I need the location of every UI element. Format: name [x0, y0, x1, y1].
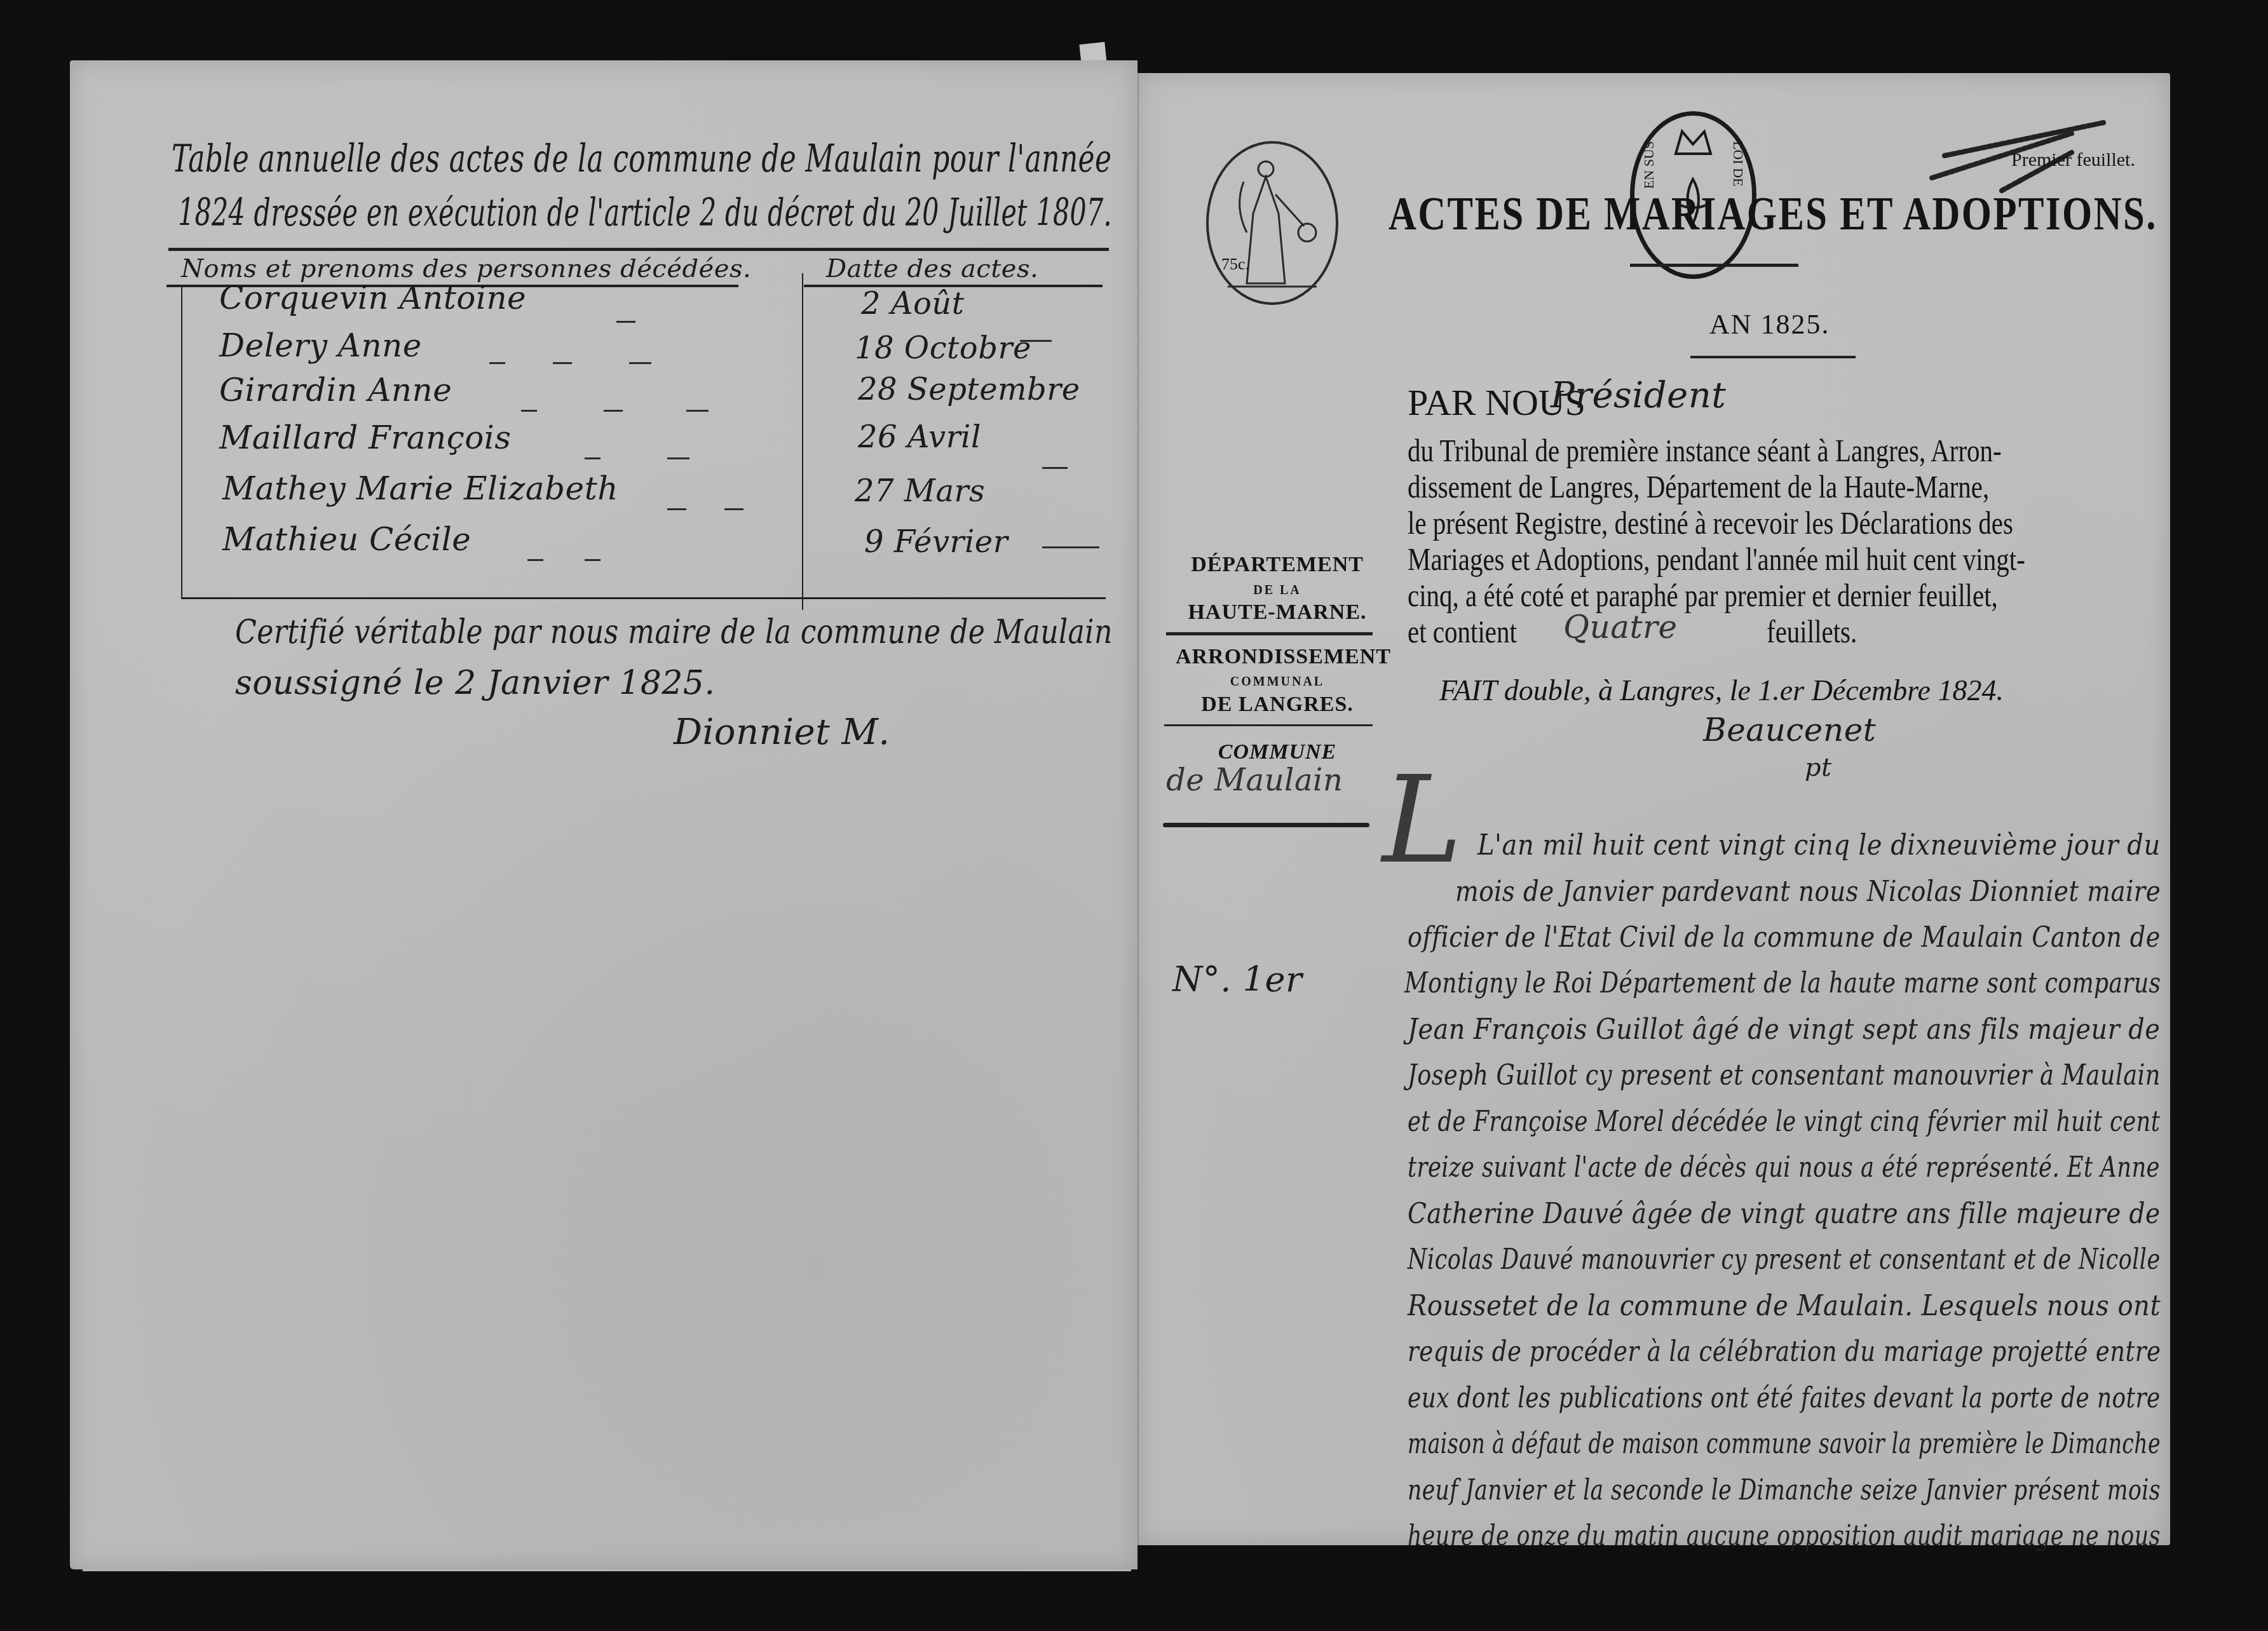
- table-left-border: [181, 287, 182, 599]
- contient-suffix: feuillets.: [1767, 613, 1857, 650]
- margin-de-la: DE LA: [1176, 583, 1379, 598]
- leader-dash: [616, 321, 635, 323]
- table-row-date: 26 Avril: [858, 419, 981, 455]
- act-line: neuf Janvier et la seconde le Dimanche s…: [1408, 1474, 2161, 1506]
- table-top-rule: [168, 248, 1109, 251]
- act-line: requis de procéder à la célébration du m…: [1408, 1336, 2161, 1368]
- act-line: eux dont les publications ont été faites…: [1408, 1382, 2161, 1414]
- mayor-signature: Dionniet M.: [674, 712, 890, 753]
- leader-dash: [629, 362, 651, 364]
- table-row-date: 9 Février: [864, 524, 1008, 560]
- act-line: Catherine Dauvé âgée de vingt quatre ans…: [1408, 1198, 2160, 1230]
- certification-line-2: soussigné le 2 Janvier 1825.: [235, 664, 715, 702]
- table-row-name: Delery Anne: [219, 327, 422, 364]
- leader-dash: [585, 559, 601, 561]
- president-signature: Beaucenet: [1703, 712, 1876, 748]
- column-header-dates: Datte des actes.: [826, 254, 1038, 283]
- table-row-date: 28 Septembre: [858, 372, 1080, 407]
- stamp-text-right: LOI DE: [1730, 141, 1746, 186]
- margin-commune-name: de Maulain: [1166, 762, 1343, 798]
- leader-dash: [667, 457, 689, 459]
- leader-dash: [585, 457, 601, 459]
- table-row-date: 27 Mars: [855, 473, 985, 509]
- paragraph-line: cinq, a été coté et paraphé par premier …: [1408, 577, 1998, 614]
- act-number: N°. 1er: [1172, 959, 1302, 999]
- medallion-value: 75c.: [1221, 255, 1249, 274]
- certification-line-1: Certifié véritable par nous maire de la …: [235, 613, 1113, 651]
- act-line: Roussetet de la commune de Maulain. Lesq…: [1408, 1290, 2161, 1322]
- act-line: Nicolas Dauvé manouvrier cy present et c…: [1408, 1243, 2161, 1276]
- act-line: mois de Janvier pardevant nous Nicolas D…: [1455, 876, 2161, 908]
- margin-rule-1: [1166, 632, 1373, 635]
- leader-dash: [489, 362, 505, 364]
- table-row-date: 2 Août: [861, 286, 965, 321]
- paragraph-line: du Tribunal de première instance séant à…: [1408, 432, 2002, 469]
- contient-prefix: et contient: [1408, 613, 1517, 650]
- margin-de-langres: DE LANGRES.: [1176, 693, 1379, 717]
- margin-haute-marne: HAUTE-MARNE.: [1176, 600, 1379, 625]
- table-title-line-1: Table annuelle des actes de la commune d…: [172, 137, 1111, 181]
- act-line: Montigny le Roi Département de la haute …: [1404, 967, 2161, 999]
- leader-dash: [686, 410, 709, 412]
- act-line: officier de l'Etat Civil de la commune d…: [1408, 921, 2161, 954]
- margin-arrondissement: ARRONDISSEMENT: [1176, 645, 1379, 669]
- act-line: et de Françoise Morel décédée le vingt c…: [1408, 1106, 2160, 1138]
- paragraph-line: Mariages et Adoptions, pendant l'année m…: [1408, 541, 2025, 578]
- act-line: maison à défaut de maison commune savoir…: [1408, 1428, 2161, 1460]
- year-label: AN 1825.: [1709, 308, 1830, 341]
- leader-dash: [521, 410, 537, 412]
- paragraph-line: dissement de Langres, Département de la …: [1408, 468, 1989, 505]
- act-line: Joseph Guillot cy present et consentant …: [1408, 1059, 2161, 1092]
- decorative-initial-L: L: [1382, 750, 1463, 890]
- act-line: heure de onze du matin aucune opposition…: [1408, 1520, 2161, 1552]
- margin-departement: DÉPARTEMENT: [1176, 553, 1379, 577]
- act-line: L'an mil huit cent vingt cinq le dixneuv…: [1477, 829, 2161, 862]
- leader-dash: [604, 410, 623, 412]
- margin-commune: COMMUNE: [1176, 740, 1379, 764]
- table-column-divider: [802, 273, 803, 610]
- leader-dash: [667, 508, 686, 510]
- leader-dash: [1042, 467, 1068, 469]
- margin-rule-2: [1164, 724, 1373, 726]
- year-rule: [1690, 356, 1856, 358]
- president-signature-paraph: pt: [1805, 753, 1832, 782]
- leader-dash: [1020, 340, 1052, 342]
- leader-dash: [1042, 546, 1099, 548]
- tax-medallion-icon: 75c.: [1206, 141, 1338, 305]
- margin-communal: COMMUNAL: [1176, 675, 1379, 689]
- table-row-name: Maillard François: [219, 419, 511, 456]
- leader-dash: [724, 508, 744, 510]
- stamp-text-left: EN SUS: [1641, 141, 1657, 189]
- table-bottom-rule: [181, 597, 1106, 599]
- register-title: ACTES DE MARIAGES ET ADOPTIONS.: [1389, 187, 2157, 241]
- leader-dash: [527, 559, 543, 561]
- table-row-name: Mathey Marie Elizabeth: [222, 470, 618, 507]
- table-row-name: Corquevin Antoine: [219, 280, 526, 316]
- table-row-date: 18 Octobre: [855, 330, 1031, 366]
- leader-dash: [553, 362, 572, 364]
- table-row-name: Girardin Anne: [219, 372, 452, 409]
- par-nous-handwritten: Président: [1551, 375, 1726, 416]
- contient-handwritten: Quatre: [1563, 609, 1678, 646]
- allegorical-figure-icon: [1209, 144, 1336, 302]
- premier-feuillet-note: Premier feuillet.: [2011, 149, 2135, 171]
- paragraph-line: le présent Registre, destiné à recevoir …: [1408, 504, 2013, 541]
- title-rule: [1630, 264, 1798, 267]
- act-line: treize suivant l'acte de décès qui nous …: [1408, 1151, 2160, 1184]
- table-row-name: Mathieu Cécile: [222, 521, 471, 558]
- fait-double-line: FAIT double, à Langres, le 1.er Décembre…: [1439, 673, 2004, 707]
- margin-rule-3: [1163, 823, 1369, 827]
- act-line: Jean François Guillot âgé de vingt sept …: [1408, 1013, 2160, 1046]
- table-title-line-2: 1824 dressée en exécution de l'article 2…: [178, 191, 1112, 235]
